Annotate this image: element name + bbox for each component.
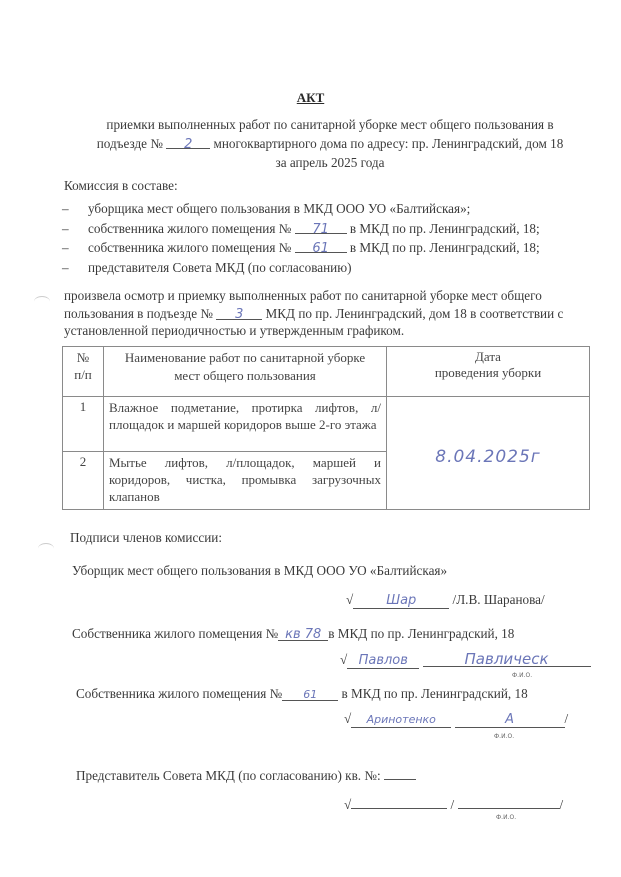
council-apartment-field bbox=[384, 765, 416, 780]
apartment-field: 71 bbox=[295, 219, 347, 234]
owner1-label: Собственника жилого помещения №кв 78в МК… bbox=[72, 626, 514, 642]
header-num: №п/п bbox=[63, 347, 104, 397]
commission-list: –уборщика мест общего пользования в МКД … bbox=[62, 199, 540, 277]
list-item: –представителя Совета МКД (по согласован… bbox=[62, 258, 540, 278]
cleaner-name: /Л.В. Шаранова/ bbox=[453, 592, 545, 607]
document-title: АКТ bbox=[0, 90, 621, 106]
subtitle-line-3: за апрель 2025 года bbox=[60, 153, 600, 172]
owner1-signature: Павлов bbox=[347, 652, 419, 669]
punch-hole-mark bbox=[38, 543, 54, 554]
table-row: 1 Влажное подметание, протирка лифтов, л… bbox=[63, 397, 590, 452]
subtitle-line-2: подъезде № 2 многоквартирного дома по ад… bbox=[60, 134, 600, 153]
owner2-signature-row: √Аринотенко А/ Ф.И.О. bbox=[344, 711, 568, 728]
list-item: –собственника жилого помещения № 61 в МК… bbox=[62, 238, 540, 258]
council-signature-row: √ / / Ф.И.О. bbox=[344, 792, 563, 813]
owner1-apartment-field: кв 78 bbox=[278, 626, 328, 641]
works-table: №п/п Наименование работ по санитарной уб… bbox=[62, 346, 590, 510]
table-header-row: №п/п Наименование работ по санитарной уб… bbox=[63, 347, 590, 397]
cleaner-label: Уборщик мест общего пользования в МКД ОО… bbox=[72, 563, 447, 579]
document-subtitle: приемки выполненных работ по санитарной … bbox=[60, 115, 600, 172]
entrance-number-field: 3 bbox=[216, 305, 262, 320]
council-label: Представитель Совета МКД (по согласовани… bbox=[76, 765, 416, 784]
owner2-fio: А bbox=[455, 711, 565, 728]
list-item: –собственника жилого помещения № 71 в МК… bbox=[62, 219, 540, 239]
council-fio bbox=[458, 792, 560, 809]
owner2-signature: Аринотенко bbox=[351, 711, 451, 728]
header-name: Наименование работ по санитарной уборкем… bbox=[104, 347, 387, 397]
signatures-heading: Подписи членов комиссии: bbox=[70, 530, 222, 546]
entrance-number-field: 2 bbox=[166, 134, 210, 149]
date-cell: 8.04.2025г bbox=[387, 397, 590, 510]
cleaner-signature: Шар bbox=[353, 592, 449, 609]
header-date: Датапроведения уборки bbox=[387, 347, 590, 397]
council-signature bbox=[351, 792, 447, 809]
apartment-field: 61 bbox=[295, 238, 347, 253]
commission-heading: Комиссия в составе: bbox=[64, 178, 178, 194]
inspection-paragraph: произвела осмотр и приемку выполненных р… bbox=[64, 287, 563, 340]
list-item: –уборщика мест общего пользования в МКД … bbox=[62, 199, 540, 219]
subtitle-line-1: приемки выполненных работ по санитарной … bbox=[60, 115, 600, 134]
handwritten-date: 8.04.2025г bbox=[392, 447, 584, 467]
owner2-apartment-field: 61 bbox=[282, 686, 338, 701]
owner2-label: Собственника жилого помещения №61 в МКД … bbox=[76, 686, 528, 702]
punch-hole-mark bbox=[34, 296, 50, 307]
owner1-signature-row: √Павлов Павлическ Ф.И.О. bbox=[340, 650, 591, 669]
owner1-fio: Павлическ bbox=[423, 650, 591, 667]
cleaner-signature-row: √Шар /Л.В. Шаранова/ bbox=[346, 592, 545, 609]
